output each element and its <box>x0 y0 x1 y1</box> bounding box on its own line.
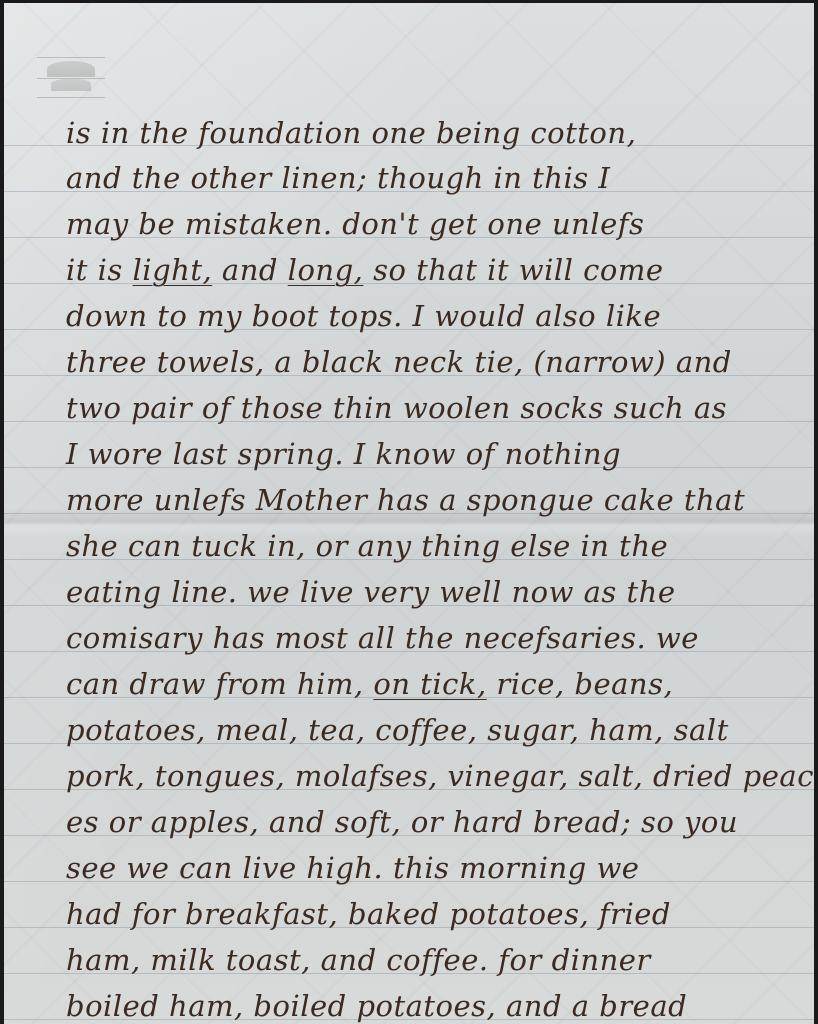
handwritten-line: es or apples, and soft, or hard bread; s… <box>66 808 806 837</box>
line-text: es or apples, and soft, or hard bread; s… <box>66 805 738 839</box>
line-text: more unlefs Mother has a spongue cake th… <box>66 483 745 517</box>
underlined-word: on tick, <box>373 667 486 701</box>
line-text: can draw from him, <box>66 667 373 701</box>
handwritten-line: she can tuck in, or any thing else in th… <box>66 532 806 561</box>
underlined-word: light, <box>133 253 213 287</box>
letter-page: is in the foundation one being cotton, a… <box>4 3 814 1024</box>
line-text: and the other linen; though in this I <box>66 161 610 195</box>
handwritten-line: see we can live high. this morning we <box>66 854 806 883</box>
handwritten-line: comisary has most all the necefsaries. w… <box>66 624 806 653</box>
line-text: is in the foundation one being cotton, <box>66 116 636 150</box>
line-text: comisary has most all the necefsaries. w… <box>66 621 699 655</box>
handwritten-line: two pair of those thin woolen socks such… <box>66 394 806 423</box>
line-text: rice, beans, <box>487 667 674 701</box>
handwritten-line: can draw from him, on tick, rice, beans, <box>66 670 806 699</box>
line-text: so that it will come <box>363 253 663 287</box>
line-text: see we can live high. this morning we <box>66 851 639 885</box>
line-text: down to my boot tops. I would also like <box>66 299 661 333</box>
handwritten-line: ham, milk toast, and coffee. for dinner <box>66 946 806 975</box>
handwritten-line: I wore last spring. I know of nothing <box>66 440 806 469</box>
handwritten-line: boiled ham, boiled potatoes, and a bread <box>66 992 806 1021</box>
handwritten-line: potatoes, meal, tea, coffee, sugar, ham,… <box>66 716 806 745</box>
handwritten-line: had for breakfast, baked potatoes, fried <box>66 900 806 929</box>
line-text: and <box>212 253 287 287</box>
handwritten-line: down to my boot tops. I would also like <box>66 302 806 331</box>
line-text: it is <box>66 253 133 287</box>
line-text: eating line. we live very well now as th… <box>66 575 676 609</box>
line-text: may be mistaken. don't get one unlefs <box>66 207 644 241</box>
line-text: had for breakfast, baked potatoes, fried <box>66 897 671 931</box>
handwritten-line: and the other linen; though in this I <box>66 164 806 193</box>
line-text: two pair of those thin woolen socks such… <box>66 391 727 425</box>
handwritten-line: more unlefs Mother has a spongue cake th… <box>66 486 806 515</box>
underlined-word: long, <box>288 253 364 287</box>
handwritten-line: is in the foundation one being cotton, <box>66 119 806 148</box>
line-text: boiled ham, boiled potatoes, and a bread <box>66 989 687 1023</box>
handwritten-line: eating line. we live very well now as th… <box>66 578 806 607</box>
line-text: pork, tongues, molafses, vinegar, salt, … <box>66 759 814 793</box>
handwritten-line: it is light, and long, so that it will c… <box>66 256 806 285</box>
line-text: she can tuck in, or any thing else in th… <box>66 529 668 563</box>
handwritten-line: pork, tongues, molafses, vinegar, salt, … <box>66 762 806 791</box>
line-text: potatoes, meal, tea, coffee, sugar, ham,… <box>66 713 729 747</box>
embossed-stamp-icon <box>37 51 105 105</box>
handwritten-line: three towels, a black neck tie, (narrow)… <box>66 348 806 377</box>
handwritten-line: may be mistaken. don't get one unlefs <box>66 210 806 239</box>
line-text: three towels, a black neck tie, (narrow)… <box>66 345 732 379</box>
line-text: ham, milk toast, and coffee. for dinner <box>66 943 651 977</box>
line-text: I wore last spring. I know of nothing <box>66 437 621 471</box>
